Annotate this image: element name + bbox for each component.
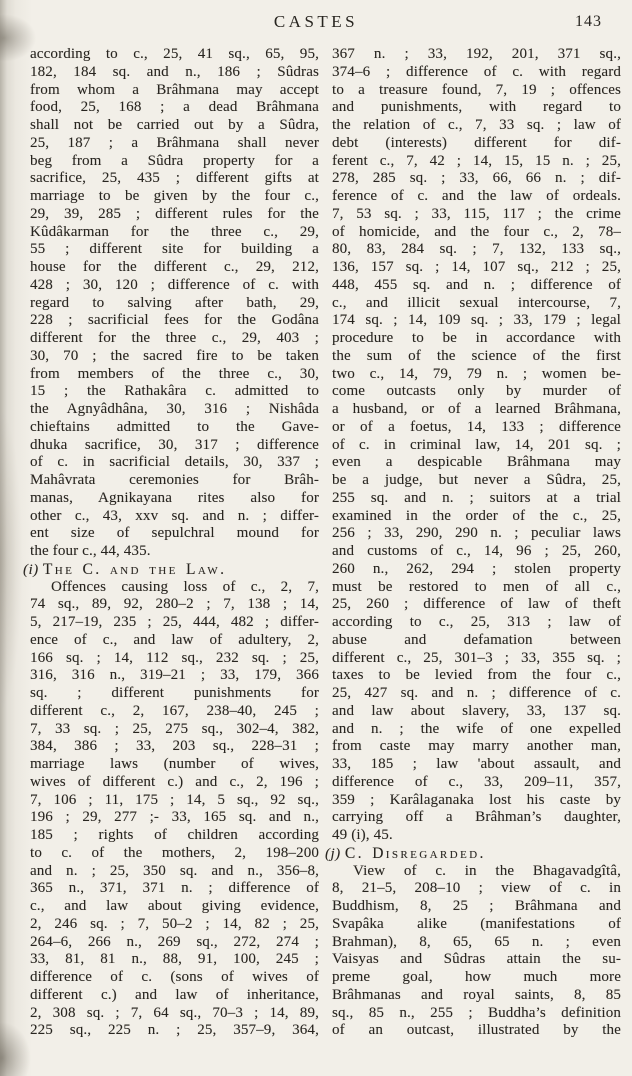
text-line: from caste may marry another man, [332,738,621,756]
text-line: chieftains admitted to the Gave- [30,419,319,437]
text-line: carrying off a Brâhman’s daughter, [332,809,621,827]
text-line: 365 n., 371, 371 n. ; difference of [30,880,319,898]
index-section-heading: (i) The C. and the Law. [23,561,319,579]
text-line: Vaisyas and Sûdras attain the su- [332,951,621,969]
text-line: house for the different c., 29, 212, [30,259,319,277]
text-line: beg from a Sûdra property for a [30,153,319,171]
text-line: different c., 25, 301–3 ; 33, 355 sq. ; [332,650,621,668]
text-line: food, 25, 168 ; a dead Brâhmana [30,99,319,117]
text-line: Svapâka alike (manifestations of [332,916,621,934]
text-line: 25, 187 ; a Brâhmana shall never [30,135,319,153]
text-line: and n. ; 25, 350 sq. and n., 356–8, [30,863,319,881]
text-line: 33, 185 ; law 'about assault, and [332,756,621,774]
text-line: the sum of the science of the first [332,348,621,366]
heading-marker: (j) [325,846,345,862]
text-line: ferent c., 7, 42 ; 14, 15, 15 n. ; 25, [332,153,621,171]
text-line: 7, 33 sq. ; 25, 275 sq., 302–4, 382, [30,721,319,739]
text-line: even a despicable Brâhmana may [332,454,621,472]
left-column: according to c., 25, 41 sq., 65, 95,182,… [30,46,319,1040]
text-line: 316, 316 n., 319–21 ; 33, 179, 366 [30,667,319,685]
text-line: the Agnyâdhâna, 30, 316 ; Nishâda [30,401,319,419]
text-line: come outcasts only by murder of [332,383,621,401]
page-title: CASTES [0,12,632,32]
text-line: 367 n. ; 33, 192, 201, 371 sq., [332,46,621,64]
text-line: wives of different c.) and c., 2, 196 ; [30,774,319,792]
text-line: 448, 455 sq. and n. ; difference of [332,277,621,295]
text-line: 228 ; sacrificial fees for the Godâna [30,312,319,330]
page-number: 143 [575,13,602,31]
text-line: Kûdâkarman for the three c., 29, [30,224,319,242]
text-line: Brâhmanas and royal saints, 8, 85 [332,987,621,1005]
text-line: ence of c., and law of adultery, 2, [30,632,319,650]
text-line: manas, Agnikayana rites also for [30,490,319,508]
text-line: 136, 157 sq. ; 14, 107 sq., 212 ; 25, [332,259,621,277]
text-line: 49 (i), 45. [332,827,621,845]
heading-text: The C. and the Law. [43,561,226,578]
text-line: a husband, or of a learned Brâhmana, [332,401,621,419]
text-line: must be restored to men of all c., [332,579,621,597]
text-line: and customs of c., 14, 96 ; 25, 260, [332,543,621,561]
text-line: difference of c., 33, 209–11, 357, [332,774,621,792]
text-line: and punishments, with regard to [332,99,621,117]
text-line: sq. ; different punishments for [30,685,319,703]
text-line: 33, 81, 81 n., 88, 91, 100, 245 ; [30,951,319,969]
text-line: 196 ; 29, 277 ;- 33, 165 sq. and n., [30,809,319,827]
text-line: marriage to be given by the four c., [30,188,319,206]
text-line: 166 sq. ; 14, 112 sq., 232 sq. ; 25, [30,650,319,668]
text-line: c., and illicit sexual intercourse, 7, [332,295,621,313]
text-line: 384, 386 ; 33, 203 sq., 228–31 ; [30,738,319,756]
text-line: 264–6, 266 n., 269 sq., 272, 274 ; [30,934,319,952]
text-line: ference of c. and the law of ordeals. [332,188,621,206]
text-line: shall not be carried out by a Sûdra, [30,117,319,135]
text-line: of an outcast, illustrated by the [332,1022,621,1040]
text-line: different for the three c., 29, 403 ; [30,330,319,348]
text-line: 74 sq., 89, 92, 280–2 ; 7, 138 ; 14, [30,596,319,614]
text-line: 2, 246 sq. ; 7, 50–2 ; 14, 82 ; 25, [30,916,319,934]
text-line: 8, 21–5, 208–10 ; view of c. in [332,880,621,898]
text-line: Brahman), 8, 65, 65 n. ; even [332,934,621,952]
text-line: 359 ; Karâlaganaka lost his caste by [332,792,621,810]
text-line: abuse and defamation between [332,632,621,650]
text-line: and law about slavery, 33, 137 sq. [332,703,621,721]
text-line: 5, 217–19, 235 ; 25, 444, 482 ; differ- [30,614,319,632]
text-line: dhuka sacrifice, 30, 317 ; difference [30,437,319,455]
text-line: regard to salving after bath, 29, [30,295,319,313]
text-line: 256 ; 33, 290, 290 n. ; peculiar laws [332,525,621,543]
text-line: 29, 39, 285 ; different rules for the [30,206,319,224]
text-line: of c. in sacrificial details, 30, 337 ; [30,454,319,472]
page-header: CASTES 143 [0,12,632,36]
text-line: ent size of sepulchral mound for [30,525,319,543]
text-line: 255 sq. and n. ; suitors at a trial [332,490,621,508]
text-line: be a judge, but never a Sûdra, 25, [332,472,621,490]
index-section-heading: (j) C. Disregarded. [325,845,621,863]
text-line: of homicide, and the four c., 2, 78– [332,224,621,242]
text-line: sq., 85 n., 255 ; Buddha’s definition [332,1005,621,1023]
text-line: 55 ; different site for building a [30,241,319,259]
text-line: 2, 308 sq. ; 7, 64 sq., 70–3 ; 14, 89, [30,1005,319,1023]
text-line: 80, 83, 284 sq. ; 7, 132, 133 sq., [332,241,621,259]
text-line: 25, 427 sq. and n. ; difference of c. [332,685,621,703]
text-line: 174 sq. ; 14, 109 sq. ; 33, 179 ; legal [332,312,621,330]
text-line: taxes to be levied from the four c., [332,667,621,685]
heading-marker: (i) [23,562,43,578]
text-line: to c. of the mothers, 2, 198–200 [30,845,319,863]
text-line: different c., 2, 167, 238–40, 245 ; [30,703,319,721]
text-line: 374–6 ; difference of c. with regard [332,64,621,82]
text-line: examined in the order of the c., 25, [332,508,621,526]
right-column: 367 n. ; 33, 192, 201, 371 sq.,374–6 ; d… [332,46,621,1040]
text-line: different c.) and law of inheritance, [30,987,319,1005]
text-line: other c., 43, xxv sq. and n. ; differ- [30,508,319,526]
text-line: from members of the three c., 30, [30,366,319,384]
text-line: to a treasure found, 7, 19 ; offences [332,82,621,100]
text-line: the relation of c., 7, 33 sq. ; law of [332,117,621,135]
text-line: Buddhism, 8, 25 ; Brâhmana and [332,898,621,916]
text-line: debt (interests) different for dif- [332,135,621,153]
text-line: procedure to be in accordance with [332,330,621,348]
text-line: sacrifice, 25, 435 ; different gifts at [30,170,319,188]
text-line: difference of c. (sons of wives of [30,969,319,987]
text-line: View of c. in the Bhagavadgîtâ, [332,863,621,881]
text-line: c., and law about giving evidence, [30,898,319,916]
text-line: and n. ; the wife of one expelled [332,721,621,739]
text-line: according to c., 25, 313 ; law of [332,614,621,632]
text-columns: according to c., 25, 41 sq., 65, 95,182,… [30,46,621,1040]
text-line: Offences causing loss of c., 2, 7, [30,579,319,597]
scanned-book-page: CASTES 143 according to c., 25, 41 sq., … [0,0,632,1076]
text-line: marriage laws (number of wives, [30,756,319,774]
text-line: 225 sq., 225 n. ; 25, 357–9, 364, [30,1022,319,1040]
text-line: 260 n., 262, 294 ; stolen property [332,561,621,579]
text-line: 278, 285 sq. ; 33, 66, 66 n. ; dif- [332,170,621,188]
text-line: 25, 260 ; difference of law of theft [332,596,621,614]
text-line: or of a foetus, 14, 133 ; difference [332,419,621,437]
text-line: from whom a Brâhmana may accept [30,82,319,100]
text-line: 182, 184 sq. and n., 186 ; Sûdras [30,64,319,82]
text-line: 30, 70 ; the sacred fire to be taken [30,348,319,366]
text-line: 15 ; the Rathakâra c. admitted to [30,383,319,401]
text-line: Mahâvrata ceremonies for Brâh- [30,472,319,490]
text-line: 7, 53 sq. ; 33, 115, 117 ; the crime [332,206,621,224]
heading-text: C. Disregarded. [345,845,486,862]
text-line: 185 ; rights of children according [30,827,319,845]
text-line: 7, 106 ; 11, 175 ; 14, 5 sq., 92 sq., [30,792,319,810]
text-line: the four c., 44, 435. [30,543,319,561]
text-line: 428 ; 30, 120 ; difference of c. with [30,277,319,295]
text-line: preme goal, how much more [332,969,621,987]
text-line: two c., 14, 79, 79 n. ; women be- [332,366,621,384]
text-line: of c. in criminal law, 14, 201 sq. ; [332,437,621,455]
text-line: according to c., 25, 41 sq., 65, 95, [30,46,319,64]
